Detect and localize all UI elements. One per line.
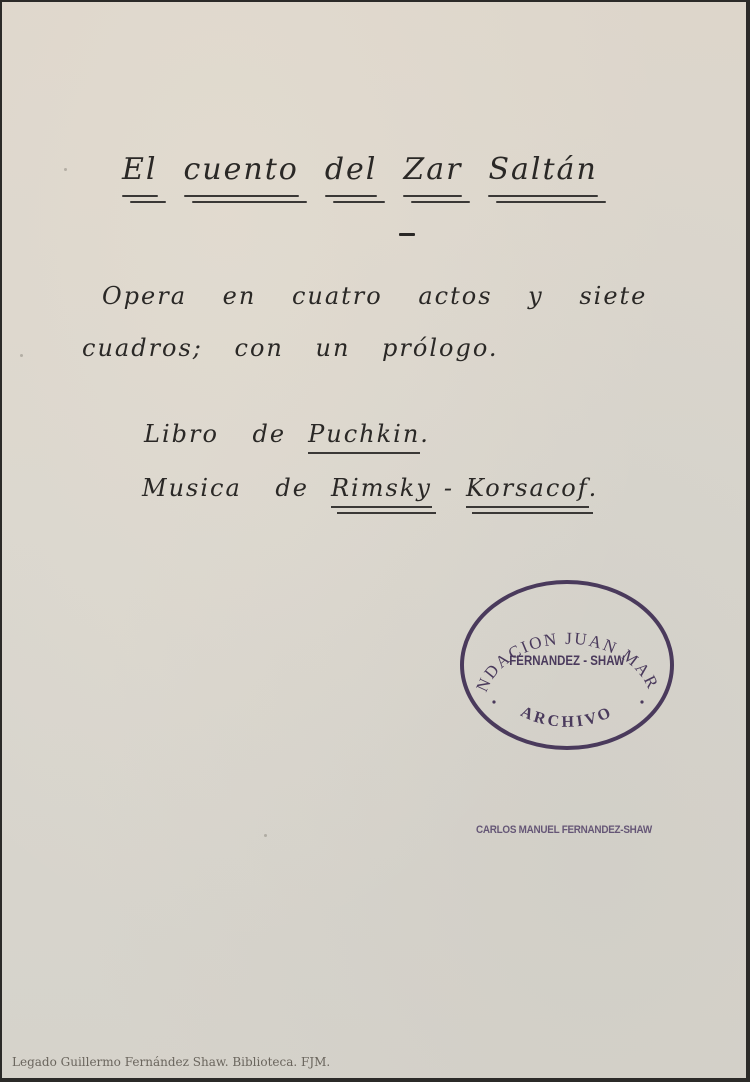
svg-text:ARCHIVO: ARCHIVO bbox=[518, 703, 616, 731]
composer-hyphen: - bbox=[444, 474, 454, 502]
paper-speck bbox=[264, 834, 267, 837]
title-separator-dash bbox=[399, 233, 415, 236]
paper-speck bbox=[20, 354, 23, 357]
libretto-period: . bbox=[420, 420, 430, 448]
footer-caption: Legado Guillermo Fernández Shaw. Bibliot… bbox=[12, 1055, 330, 1069]
stamp-arc-top-text: FUNDACION JUAN MARCH bbox=[464, 584, 663, 695]
music-credit: Musica deRimsky-Korsacof. bbox=[142, 474, 598, 502]
libretto-credit: Libro dePuchkin. bbox=[144, 420, 430, 448]
subtitle-line-1: Opera en cuatro actos y siete bbox=[102, 282, 647, 310]
composer-last-name: Korsacof bbox=[466, 474, 589, 502]
title-word: El bbox=[122, 152, 158, 187]
stamp-center-text: FERNANDEZ - SHAW bbox=[483, 652, 652, 668]
composer-period: . bbox=[589, 474, 599, 502]
subtitle-line-2: cuadros; con un prólogo. bbox=[82, 334, 498, 362]
archive-stamp: FUNDACION JUAN MARCH ARCHIVO FERNANDEZ -… bbox=[460, 580, 674, 750]
paper-speck bbox=[64, 168, 67, 171]
signature-stamp: CARLOS MANUEL FERNANDEZ-SHAW bbox=[476, 824, 652, 836]
document-title: ElcuentodelZarSaltán bbox=[122, 152, 624, 187]
title-word: Zar bbox=[403, 152, 462, 187]
title-word: del bbox=[325, 152, 378, 187]
title-word: cuento bbox=[184, 152, 299, 187]
libretto-author: Puchkin bbox=[308, 420, 420, 448]
svg-text:FUNDACION JUAN MARCH: FUNDACION JUAN MARCH bbox=[464, 584, 663, 695]
manuscript-page: ElcuentodelZarSaltán Opera en cuatro act… bbox=[2, 2, 746, 1078]
music-prefix: Musica de bbox=[142, 474, 309, 502]
libretto-prefix: Libro de bbox=[144, 420, 286, 448]
stamp-arc-bottom-text: ARCHIVO bbox=[518, 703, 616, 731]
title-word: Saltán bbox=[488, 152, 597, 187]
composer-first-name: Rimsky bbox=[331, 474, 432, 502]
